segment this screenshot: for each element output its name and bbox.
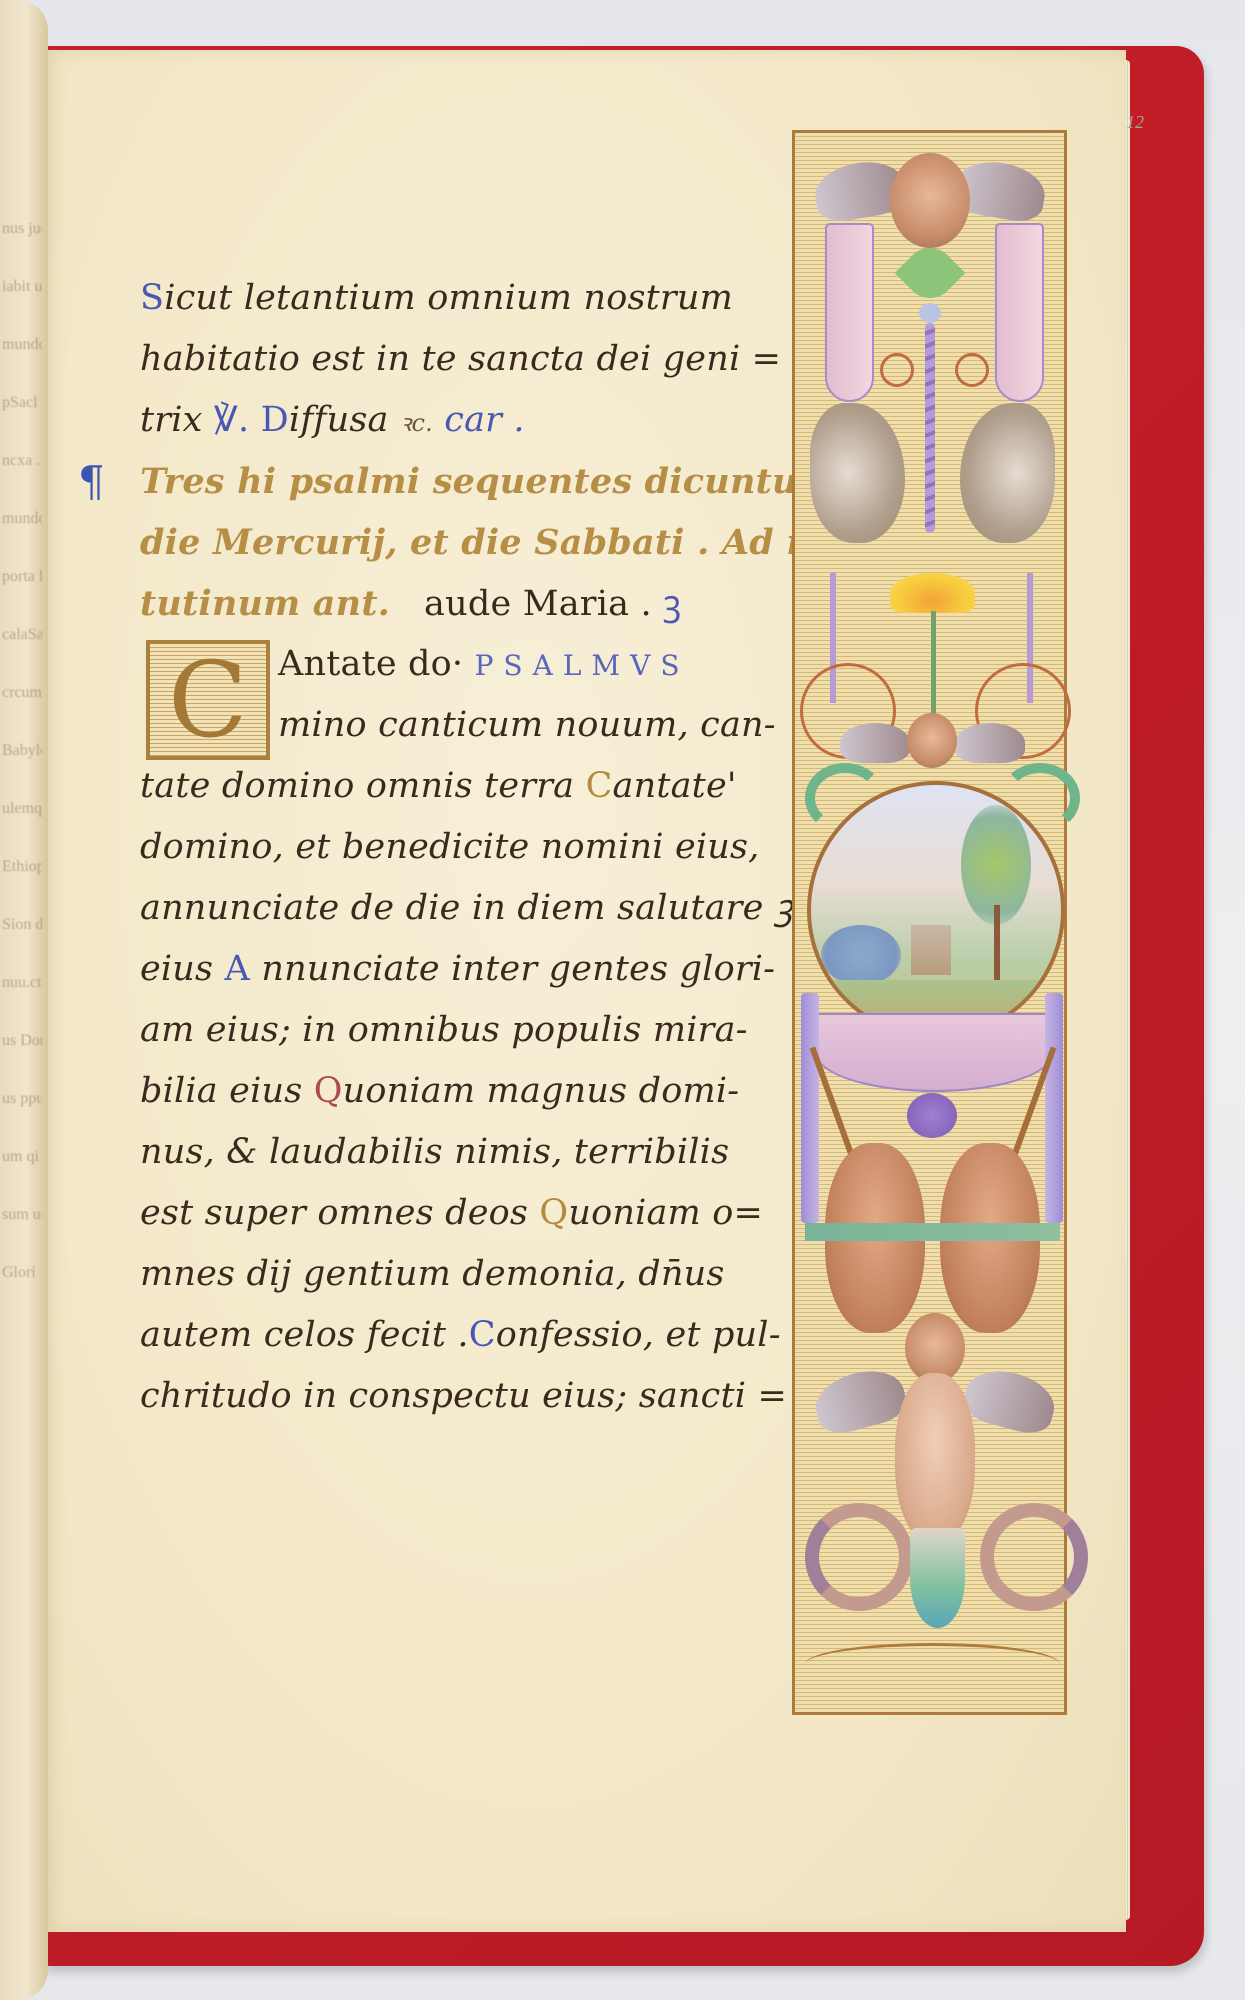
- orb-icon: [919, 303, 941, 323]
- ghost-text-line: um qi: [2, 1148, 42, 1166]
- text-line: am eius; in omnibus populis mira-: [140, 1000, 770, 1061]
- text-line: domino, et benedicite nomini eius,: [140, 817, 770, 878]
- ghost-text-line: crcum: [2, 684, 42, 702]
- text-line: bilia eius Quoniam magnus domi-: [140, 1061, 770, 1122]
- etc-abbreviation: ꝛc.: [400, 409, 433, 437]
- drape-icon: [1045, 993, 1063, 1223]
- text-line: autem celos fecit .Confessio, et pul-: [140, 1305, 770, 1366]
- landscape-roundel: [807, 781, 1065, 1039]
- caduceus-staff-icon: [925, 323, 935, 533]
- red-initial: Q: [314, 1071, 343, 1111]
- ghost-text-line: Babylon: [2, 742, 42, 760]
- ghost-text-line: nuu.ctu: [2, 974, 42, 992]
- previous-page-curl: nus jucuiabit unmundo mpSaclncxa . 1 1mu…: [0, 0, 48, 2000]
- small-cherub-head-icon: [907, 713, 957, 768]
- ghost-text-line: ulemque: [2, 800, 42, 818]
- siren-torso-icon: [895, 1373, 975, 1543]
- swan-icon: [960, 403, 1055, 543]
- blue-initial: C: [469, 1315, 496, 1355]
- ghost-text-line: us Dom: [2, 1032, 42, 1050]
- drape-icon: [801, 993, 819, 1223]
- versicle-mark: ℣.: [214, 400, 249, 440]
- ghost-text-line: us ppu: [2, 1090, 42, 1108]
- ghost-text-line: Glori: [2, 1264, 42, 1282]
- illuminated-border: [792, 130, 1067, 1715]
- ghost-text-line: Ethiopun: [2, 858, 42, 876]
- ghost-text-line: nus jucu: [2, 220, 42, 238]
- blue-rubric: car .: [444, 400, 524, 440]
- ghost-text-line: porta la: [2, 568, 42, 586]
- cherub-head-icon: [890, 153, 970, 248]
- pilcrow-icon: ¶: [78, 451, 105, 512]
- green-drapery-icon: [910, 1528, 965, 1628]
- text-line: chritudo in conspectu eius; sancti = ꝫ: [140, 1366, 770, 1427]
- text-block: Sicut letantium omnium nostrum habitatio…: [140, 268, 770, 1427]
- ghost-text-line: pSacl: [2, 394, 42, 412]
- wing-icon: [840, 723, 910, 763]
- wing-icon: [955, 723, 1025, 763]
- text-line: eius A nnunciate inter gentes glori-: [140, 939, 770, 1000]
- blue-initial: S: [140, 278, 164, 318]
- wing-icon: [959, 1362, 1060, 1438]
- rubric-line: tutinum ant. aude Maria . ꝫ: [140, 573, 770, 634]
- yellow-flower-icon: [890, 573, 975, 613]
- castle-icon: [911, 925, 951, 975]
- ghost-text-line: iabit un: [2, 278, 42, 296]
- ghost-text-line: mundo: [2, 510, 42, 528]
- blue-initial: A: [225, 949, 250, 989]
- ribbon-pendant-icon: [825, 223, 874, 402]
- ghost-text-line: ncxa . 1 1: [2, 452, 42, 470]
- dolphin-tail-icon: [980, 1503, 1088, 1611]
- flower-stem: [931, 611, 936, 721]
- ghost-text-line: Sion dia: [2, 916, 42, 934]
- gold-initial: Q: [539, 1193, 568, 1233]
- ribbon-pendant-icon: [995, 223, 1044, 402]
- text-line: Sicut letantium omnium nostrum: [140, 268, 770, 329]
- ghost-text-line: mundo m: [2, 336, 42, 354]
- ghost-text-line: calaSan: [2, 626, 42, 644]
- text-line: tate domino omnis terra Cantate': [140, 756, 770, 817]
- blue-mark: ꝫ: [663, 584, 681, 624]
- swan-icon: [810, 403, 905, 543]
- red-scroll-icon: [955, 353, 989, 387]
- leaf-icon: [895, 238, 966, 309]
- rubric-line: ¶ Tres hi psalmi sequentes dicuntur: [140, 451, 770, 512]
- trees-icon: [821, 925, 901, 985]
- folio-number: 12: [1126, 112, 1144, 133]
- red-scroll-icon: [880, 353, 914, 387]
- scroll-frame-bottom: [805, 1643, 1060, 1686]
- text-line: mnes dij gentium demonia, dn̄us: [140, 1244, 770, 1305]
- psalm-heading: PSALMVS: [475, 649, 690, 682]
- grape-cluster-icon: [907, 1093, 957, 1138]
- gold-initial: C: [586, 766, 613, 806]
- text-line: est super omnes deos Quoniam o=: [140, 1183, 770, 1244]
- text-line: nus, & laudabilis nimis, terribilis: [140, 1122, 770, 1183]
- text-line: annunciate de die in diem salutare ꝫ: [140, 878, 770, 939]
- text-line: habitatio est in te sancta dei geni =: [140, 329, 770, 390]
- lambrequin-swag-icon: [815, 1013, 1054, 1092]
- dolphin-tail-icon: [805, 1503, 913, 1611]
- green-ledge: [805, 1223, 1060, 1241]
- blue-initial: D: [261, 400, 289, 440]
- text-line: trix ℣. Diffusa ꝛc. car .: [140, 390, 770, 451]
- ghost-text-line: sum uta: [2, 1206, 42, 1224]
- rubric-line: die Mercurij, et die Sabbati . Ad ma-: [140, 512, 770, 573]
- wing-icon: [809, 1362, 910, 1438]
- decorated-initial-c: C: [146, 640, 270, 760]
